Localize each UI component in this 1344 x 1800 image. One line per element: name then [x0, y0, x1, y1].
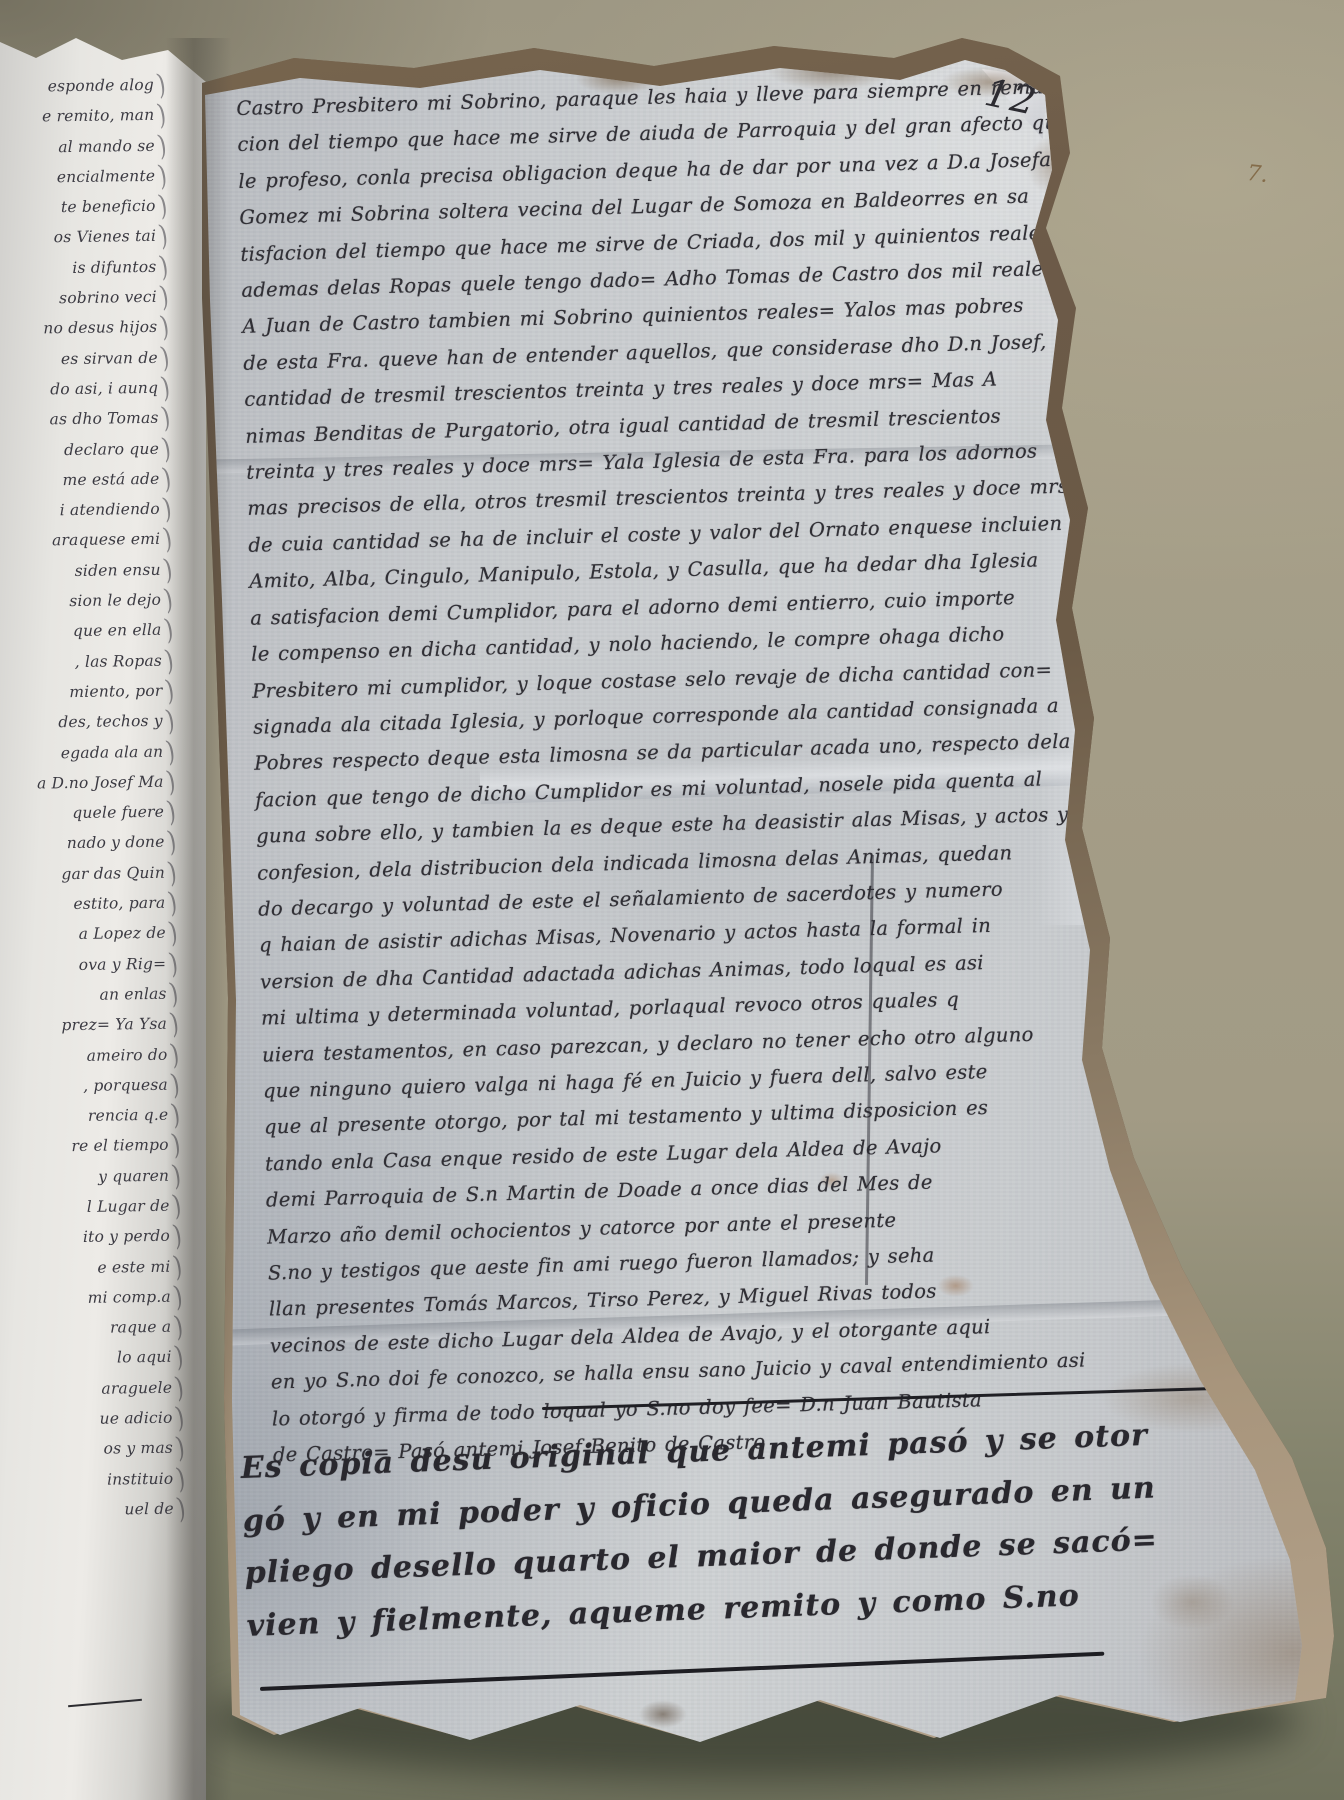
left-page-line: is difuntos [3, 251, 167, 284]
left-page-line: os y mas [19, 1433, 183, 1466]
left-page-line: e este mi [16, 1251, 180, 1284]
left-page-line: al mando se [1, 130, 165, 163]
left-page-rule [68, 1699, 142, 1707]
left-page-line: te beneficio [2, 191, 166, 224]
left-page-line: do asi, i aunq [4, 373, 168, 406]
left-page-line: mi comp.a [17, 1281, 181, 1314]
left-page-line: ue adicio [19, 1403, 183, 1436]
left-page-line: os Vienes tai [2, 221, 166, 254]
left-page-line: des, techos y [9, 706, 173, 739]
left-page-line: estito, para [11, 888, 175, 921]
margin-mark: 7. [1246, 161, 1269, 188]
left-page-text: esponde aloge remito, manal mando seenci… [0, 70, 184, 1526]
left-page-line: a Lopez de [12, 918, 176, 951]
left-page-line: nado y done [11, 827, 175, 860]
notary-closing: Es copia desu original que antemi pasó y… [240, 1410, 1147, 1653]
bottom-rule [260, 1652, 1104, 1691]
left-page-line: ameiro do [14, 1039, 178, 1072]
left-page-line: araquese emi [6, 524, 170, 557]
left-page-line: as dho Tomas [5, 403, 169, 436]
left-page-line: quele fuere [10, 797, 174, 830]
left-page-line: ova y Rig= [12, 948, 176, 981]
left-page-line: es sirvan de [4, 342, 168, 375]
left-page-line: esponde alog [0, 70, 164, 103]
manuscript-body: Castro Presbitero mi Sobrino, paraque le… [236, 68, 1133, 1474]
left-page-line: lo aqui [18, 1342, 182, 1375]
left-page-line: que en ella [8, 615, 172, 648]
left-page-line: y quaren [15, 1160, 179, 1193]
left-page-line: raque a [17, 1312, 181, 1345]
left-page-line: l Lugar de [16, 1191, 180, 1224]
left-page-line: a D.no Josef Ma [10, 766, 174, 799]
left-page-line: sion le dejo [7, 585, 171, 618]
left-page-line: an enlas [13, 979, 177, 1012]
left-page-line: ito y perdo [16, 1221, 180, 1254]
left-page-line: uel de [20, 1494, 184, 1527]
left-page-line: egada ala an [9, 736, 173, 769]
left-page-line: , porquesa [14, 1069, 178, 1102]
left-page-line: prez= Ya Ysa [13, 1009, 177, 1042]
left-page-line: re el tiempo [15, 1130, 179, 1163]
left-page-line: instituio [19, 1463, 183, 1496]
left-page-line: i atendiendo [6, 494, 170, 527]
left-page-line: e remito, man [0, 100, 164, 133]
left-page-line: gar das Quin [11, 857, 175, 890]
left-page-line: rencia q.e [14, 1100, 178, 1133]
left-page-line: no desus hijos [3, 312, 167, 345]
left-page-line: declaro que [5, 433, 169, 466]
left-page-line: miento, por [8, 676, 172, 709]
left-page-line: araguele [18, 1372, 182, 1405]
main-page: 12 Castro Presbitero mi Sobrino, paraque… [190, 55, 1316, 1755]
left-page-line: sobrino veci [3, 282, 167, 315]
manuscript-photo: 7. esponde aloge remito, manal mando see… [0, 0, 1344, 1800]
left-page-line: siden ensu [7, 554, 171, 587]
left-page: esponde aloge remito, manal mando seenci… [0, 0, 206, 1800]
left-page-line: me está ade [5, 464, 169, 497]
left-page-line: encialmente [1, 161, 165, 194]
left-page-line: , las Ropas [8, 645, 172, 678]
